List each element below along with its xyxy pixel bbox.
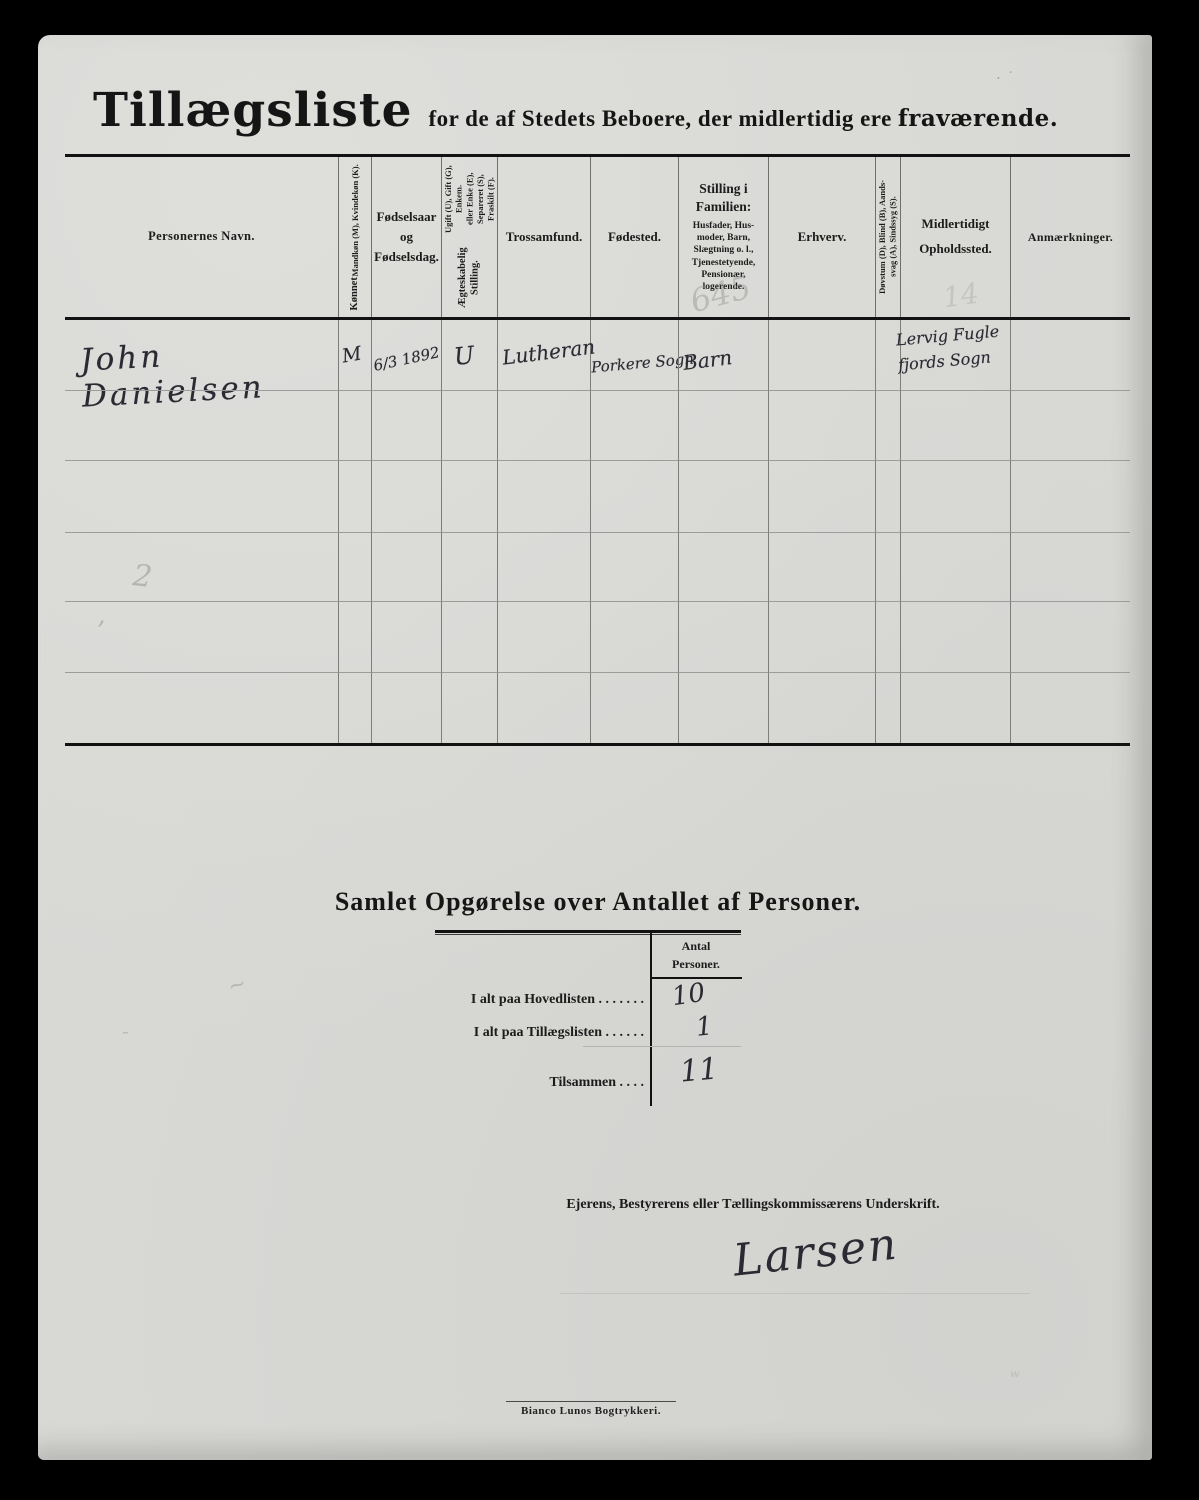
- cell-erhverv-row6: [768, 672, 875, 743]
- cell-aegteskab-row4: [441, 532, 497, 601]
- summary-row-value-2: 11: [679, 1051, 720, 1089]
- cell-opholdssted-row4: [900, 532, 1010, 601]
- pencil-mark-6: · ˙: [996, 69, 1013, 87]
- summary-row-value-0: 10: [670, 978, 707, 1012]
- footer-rule: [506, 1401, 676, 1402]
- pencil-mark-2: 2: [131, 558, 154, 595]
- table-bottom-rule: [65, 743, 1130, 746]
- pencil-mark-3: ʼ: [96, 617, 104, 647]
- cell-helbred-row6: [875, 672, 900, 743]
- cell-trossamfund-row3: [497, 460, 590, 532]
- cell-opholdssted-row2: [900, 390, 1010, 460]
- cell-navn-row2: [65, 390, 338, 460]
- cell-navn-row5: [65, 601, 338, 672]
- cell-koennet-row4: [338, 532, 371, 601]
- cell-anmaerkninger-row4: [1010, 532, 1130, 601]
- handwritten-trossamfund: Lutheran: [501, 334, 597, 369]
- cell-aegteskab-row6: [441, 672, 497, 743]
- cell-opholdssted-row5: [900, 601, 1010, 672]
- header-cell-erhverv: Erhverv.: [768, 157, 875, 317]
- cell-trossamfund-row2: [497, 390, 590, 460]
- header-label-anmaerkninger: Anmærkninger.: [1028, 228, 1113, 247]
- cell-anmaerkninger-row3: [1010, 460, 1130, 532]
- cell-stilling-row6: [678, 672, 768, 743]
- cell-erhverv-row5: [768, 601, 875, 672]
- cell-opholdssted-row6: [900, 672, 1010, 743]
- paper-sheet: Tillægsliste for de af Stedets Beboere, …: [38, 35, 1152, 1460]
- summary-row-label-0: I alt paa Hovedlisten . . . . . . .: [338, 992, 644, 1008]
- cell-foedested-row4: [590, 532, 678, 601]
- cell-helbred-row3: [875, 460, 900, 532]
- cell-aegteskab-row3: [441, 460, 497, 532]
- header-label-aegteskab: Ægteskabelig Stilling.: [457, 240, 482, 315]
- cell-stilling-row5: [678, 601, 768, 672]
- cell-foedested-row2: [590, 390, 678, 460]
- cell-stilling-row1: Barn: [678, 320, 768, 390]
- cell-stilling-row3: [678, 460, 768, 532]
- form-subtitle-emphasis: fraværende.: [898, 105, 1058, 132]
- header-cell-trossamfund: Trossamfund.: [497, 157, 590, 317]
- cell-foedsel-row1: 6/3 1892: [371, 320, 441, 390]
- cell-erhverv-row4: [768, 532, 875, 601]
- cell-erhverv-row2: [768, 390, 875, 460]
- table-body: John DanielsenM6/3 1892ULutheranPorkere …: [65, 320, 1130, 743]
- cell-foedested-row1: Porkere Sogn: [590, 320, 678, 390]
- cell-stilling-row2: [678, 390, 768, 460]
- header-label-erhverv: Erhverv.: [798, 227, 847, 247]
- cell-opholdssted-row3: [900, 460, 1010, 532]
- header-label-stilling: Stilling i Familien:: [696, 180, 752, 216]
- pencil-mark-5: -: [122, 1019, 129, 1043]
- header-label-trossamfund: Trossamfund.: [506, 227, 582, 247]
- handwritten-opholdssted: Lervig Fugle fjords Sogn: [895, 320, 1002, 378]
- header-sublabel-koennet: Mandkøn (M), Kvindekøn (K).: [350, 164, 361, 276]
- handwritten-aegteskab: U: [453, 341, 476, 371]
- form-title: Tillægsliste: [93, 83, 412, 138]
- header-cell-foedsel: Fødselsaar og Fødselsdag.: [371, 157, 441, 317]
- cell-koennet-row5: [338, 601, 371, 672]
- summary-row-label-2: Tilsammen . . . .: [338, 1075, 644, 1091]
- pencil-mark-4: ~: [225, 971, 250, 1000]
- pencil-mark-7: ʷ: [1010, 1367, 1020, 1388]
- cell-helbred-row5: [875, 601, 900, 672]
- cell-trossamfund-row5: [497, 601, 590, 672]
- cell-erhverv-row1: [768, 320, 875, 390]
- printer-imprint: Bianco Lunos Bogtrykkeri.: [456, 1405, 726, 1417]
- handwritten-koennet: M: [340, 342, 363, 367]
- header-cell-koennet: KønnetMandkøn (M), Kvindekøn (K).: [338, 157, 371, 317]
- cell-trossamfund-row1: Lutheran: [497, 320, 590, 390]
- cell-navn-row3: [65, 460, 338, 532]
- cell-anmaerkninger-row2: [1010, 390, 1130, 460]
- signature-label: Ejerens, Bestyrerens eller Tællingskommi…: [518, 1197, 988, 1213]
- cell-navn-row6: [65, 672, 338, 743]
- cell-aegteskab-row5: [441, 601, 497, 672]
- cell-navn-row1: John Danielsen: [65, 320, 338, 390]
- cell-anmaerkninger-row5: [1010, 601, 1130, 672]
- cell-stilling-row4: [678, 532, 768, 601]
- header-label-foedested: Fødested.: [608, 227, 661, 247]
- header-cell-anmaerkninger: Anmærkninger.: [1010, 157, 1130, 317]
- cell-helbred-row4: [875, 532, 900, 601]
- form-subtitle-text: for de af Stedets Beboere, der midlertid…: [428, 106, 891, 131]
- header-sublabel-helbred: Døvstum (D), Blind (B), Aands- svag (A),…: [877, 180, 898, 294]
- header-cell-foedested: Fødested.: [590, 157, 678, 317]
- summary-column-header: Antal Personer.: [650, 937, 742, 973]
- signature-handwriting: Larsen: [731, 1218, 901, 1286]
- cell-erhverv-row3: [768, 460, 875, 532]
- cell-foedested-row3: [590, 460, 678, 532]
- cell-anmaerkninger-row1: [1010, 320, 1130, 390]
- cell-trossamfund-row6: [497, 672, 590, 743]
- header-label-navn: Personernes Navn.: [148, 227, 255, 246]
- handwritten-stilling: Barn: [682, 345, 734, 375]
- summary-title: Samlet Opgørelse over Antallet af Person…: [278, 887, 918, 917]
- cell-foedested-row5: [590, 601, 678, 672]
- header-sublabel-aegteskab: Ugift (U), Gift (G), Enkem. eller Enke (…: [443, 159, 496, 239]
- signature-baseline: [560, 1293, 1030, 1294]
- cell-navn-row4: [65, 532, 338, 601]
- summary-mid-rule: [583, 1046, 741, 1047]
- cell-aegteskab-row2: [441, 390, 497, 460]
- summary-row-label-1: I alt paa Tillægslisten . . . . . .: [338, 1025, 644, 1041]
- header-label-opholdssted: Midlertidigt Opholdssted.: [919, 212, 992, 261]
- cell-koennet-row3: [338, 460, 371, 532]
- summary-top-rule: [435, 930, 741, 935]
- pencil-mark-1: 14: [941, 277, 981, 315]
- cell-foedsel-row5: [371, 601, 441, 672]
- scanned-census-page: { "document": { "title": "Tillægsliste",…: [0, 0, 1199, 1500]
- cell-trossamfund-row4: [497, 532, 590, 601]
- summary-row-value-1: 1: [694, 1011, 714, 1043]
- header-cell-navn: Personernes Navn.: [65, 157, 338, 317]
- header-label-koennet: Kønnet: [349, 277, 362, 310]
- cell-foedested-row6: [590, 672, 678, 743]
- cell-foedsel-row2: [371, 390, 441, 460]
- cell-anmaerkninger-row6: [1010, 672, 1130, 743]
- cell-aegteskab-row1: U: [441, 320, 497, 390]
- cell-foedsel-row4: [371, 532, 441, 601]
- cell-koennet-row1: M: [338, 320, 371, 390]
- handwritten-foedsel: 6/3 1892: [372, 343, 441, 375]
- form-subtitle: for de af Stedets Beboere, der midlertid…: [428, 105, 1058, 132]
- cell-helbred-row2: [875, 390, 900, 460]
- cell-opholdssted-row1: Lervig Fugle fjords Sogn: [900, 320, 1010, 390]
- cell-koennet-row6: [338, 672, 371, 743]
- cell-foedsel-row6: [371, 672, 441, 743]
- header-label-foedsel: Fødselsaar og Fødselsdag.: [374, 207, 439, 267]
- cell-foedsel-row3: [371, 460, 441, 532]
- cell-koennet-row2: [338, 390, 371, 460]
- header-cell-helbred: Døvstum (D), Blind (B), Aands- svag (A),…: [875, 157, 900, 317]
- page-title: Tillægsliste for de af Stedets Beboere, …: [93, 83, 1058, 138]
- header-cell-aegteskab: Ægteskabelig Stilling.Ugift (U), Gift (G…: [441, 157, 497, 317]
